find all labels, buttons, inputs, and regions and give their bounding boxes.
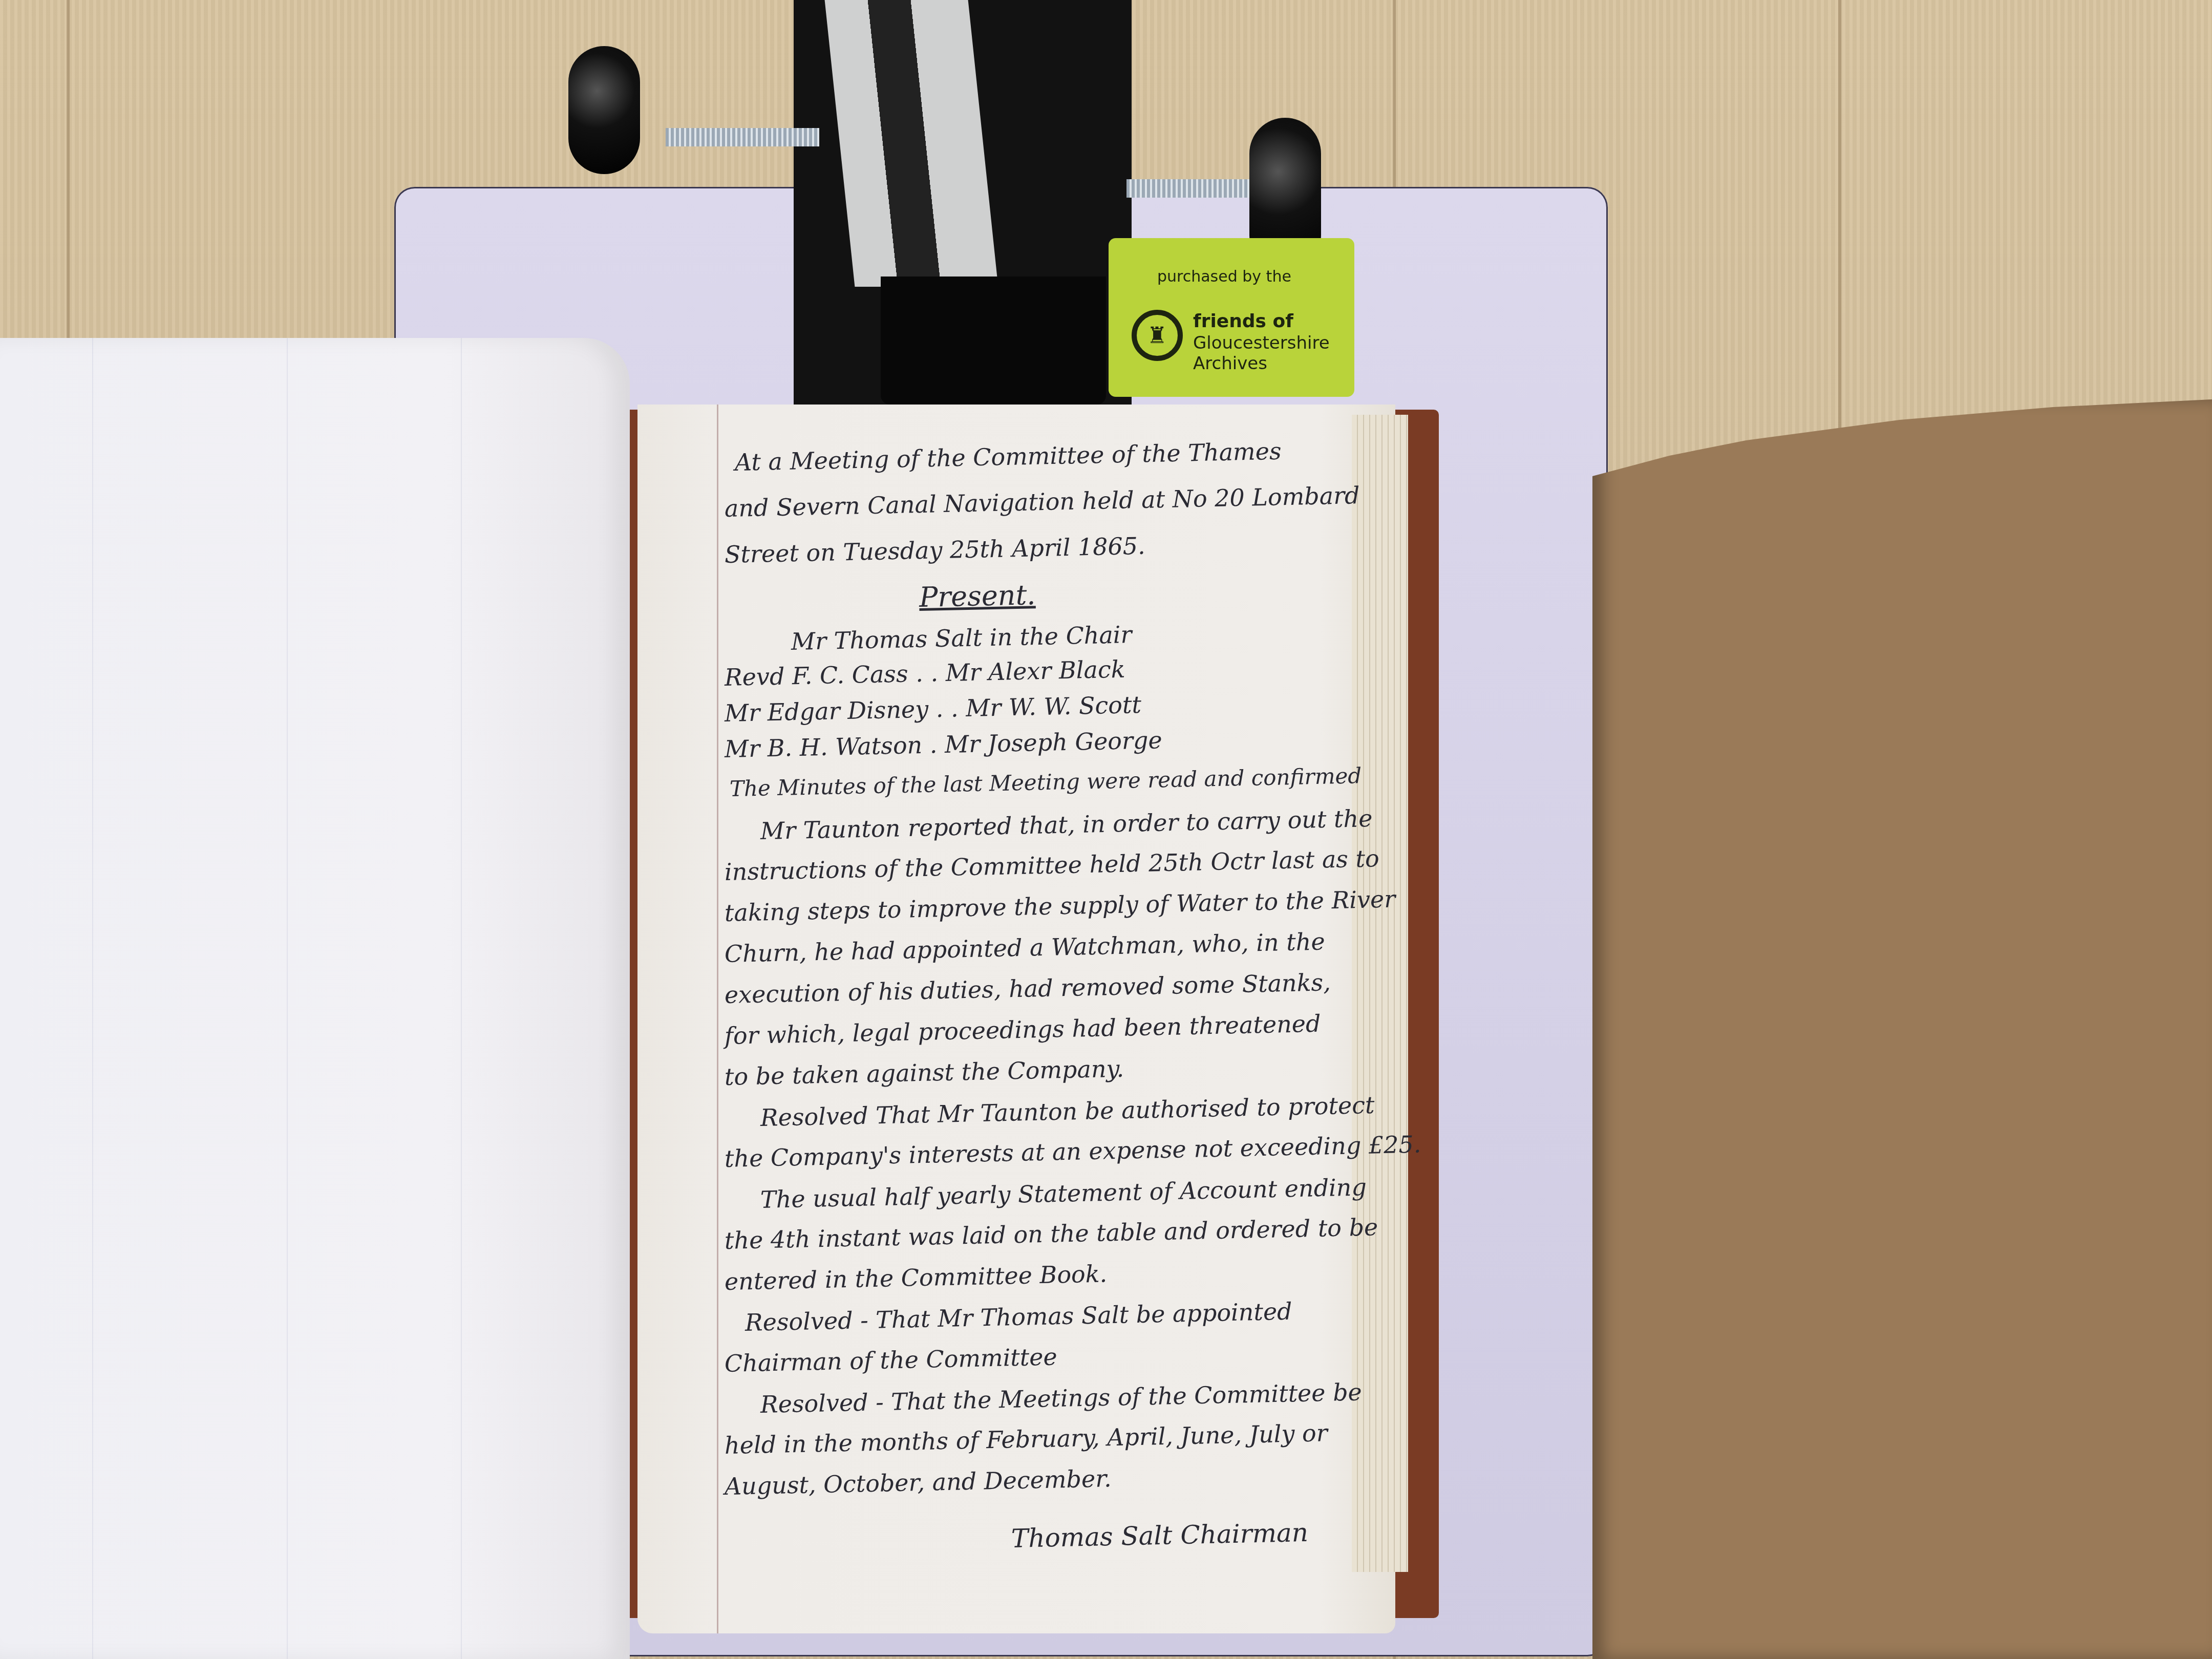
- label-gloucestershire-text: Gloucestershire: [1193, 334, 1330, 352]
- threaded-rod: [666, 128, 819, 146]
- book-stand-base: [881, 276, 1106, 405]
- friends-label-card: purchased by the ♜ friends of Gloucester…: [1109, 238, 1354, 397]
- manuscript-line: Chairman of the Committee: [725, 1345, 1058, 1375]
- castle-icon: ♜: [1132, 310, 1183, 361]
- label-friends-text: friends of: [1193, 312, 1293, 331]
- chairman-signature: Thomas Salt Chairman: [1011, 1520, 1308, 1551]
- faint-rule: [92, 338, 93, 1659]
- label-archives-text: Archives: [1193, 355, 1267, 372]
- present-heading: Present.: [919, 581, 1036, 611]
- margin-rule: [717, 405, 718, 1633]
- threaded-rod: [1126, 179, 1265, 198]
- faint-rule: [287, 338, 288, 1659]
- left-knob-icon[interactable]: [568, 46, 640, 174]
- faint-rule: [461, 338, 462, 1659]
- book-stand-rail: [825, 0, 998, 287]
- left-page[interactable]: [0, 338, 630, 1659]
- label-purchased-text: purchased by the: [1157, 268, 1291, 286]
- manuscript-line: Mr Thomas Salt in the Chair: [791, 623, 1132, 653]
- brown-card-board: [1592, 399, 2212, 1659]
